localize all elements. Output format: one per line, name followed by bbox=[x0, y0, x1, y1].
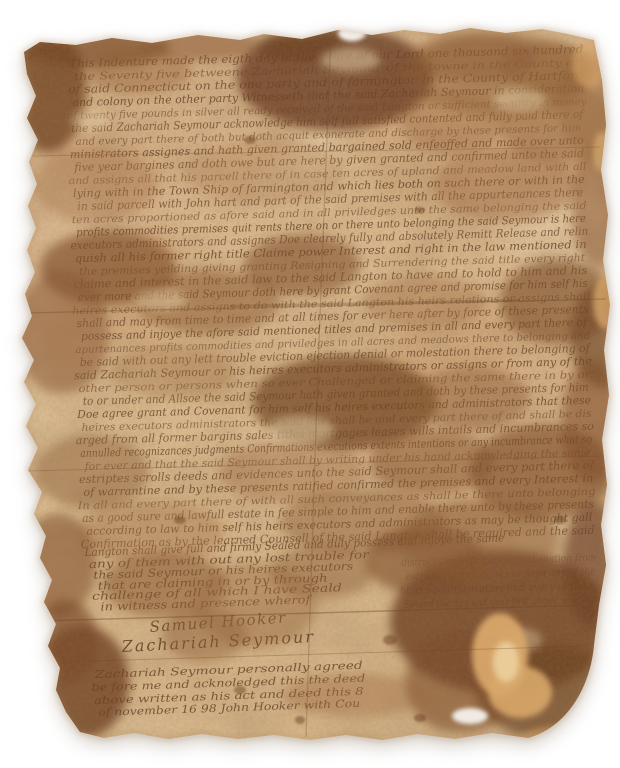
paper-loss-hole bbox=[452, 708, 488, 724]
amber-patch bbox=[520, 726, 600, 754]
paper-loss-hole bbox=[292, 25, 308, 35]
photo-background: This Indenture made the eigth day in the… bbox=[0, 0, 620, 768]
manuscript-photo: This Indenture made the eigth day in the… bbox=[0, 0, 620, 768]
